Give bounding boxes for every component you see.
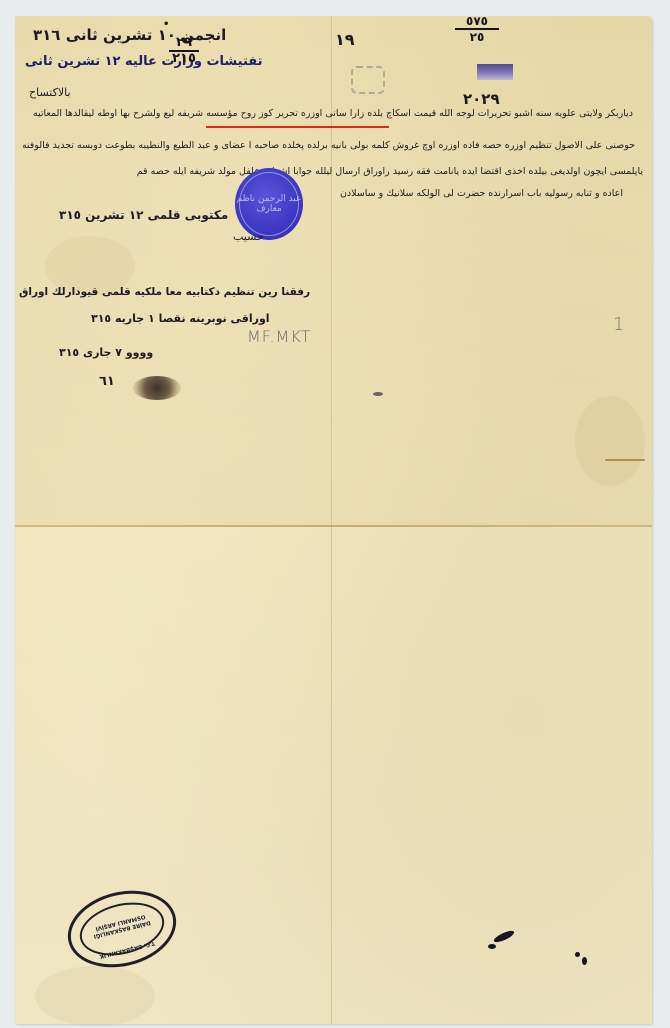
seal-signature: حسیب <box>233 230 264 243</box>
faded-square-mark <box>351 66 385 94</box>
registry-number: ٢٠٢٩ <box>463 90 500 108</box>
body-line-5: اعاده و ثنایه رسولیه باب اسرارنده حضرت ل… <box>23 188 623 199</box>
ink-smudge <box>133 376 181 400</box>
body-line-2: دیاربكر ولایتی علویه سنه اشبو تحریرات لو… <box>33 108 633 119</box>
ink-blot <box>575 952 580 957</box>
red-underline <box>206 126 389 128</box>
lower-note-3: وووو ٧ جاری ٣١٥ <box>59 346 153 359</box>
top-right-numerator: ٥٧٥ <box>455 14 499 30</box>
edge-mark <box>605 459 645 461</box>
margin-note: مكتوبی قلمی ١٢ تشرین ٣١٥ <box>59 208 228 222</box>
lower-note-2: اوراقی نوبرینه نقصا ١ جاریه ٣١٥ <box>91 312 270 325</box>
paper-stain <box>35 966 155 1026</box>
archive-reference-code: MF.MKT <box>247 327 311 346</box>
ink-blot <box>488 944 496 949</box>
body-line-3: حوصنی علی الاصول تنظیم اوزره حصه فاده او… <box>23 140 635 151</box>
header-subnote-top-left: تفتیشات وزارت عالیه ١٢ تشرین ثانی <box>25 54 263 69</box>
file-number-numerator: ٢٩ <box>169 36 199 50</box>
lower-note-4: ٦١ <box>99 374 115 389</box>
purple-ink-stamp <box>477 64 513 80</box>
ink-dot: • <box>163 19 169 30</box>
ink-blot <box>493 929 516 945</box>
paper-stain <box>575 396 645 486</box>
lower-note-1: رفقنا رین تنظیم دكتابیه معا ملكیه قلمی ق… <box>19 286 310 298</box>
sheet-number: ١٩ <box>335 30 355 49</box>
body-line-1: بالاكتساح <box>29 86 71 99</box>
ink-speck <box>373 392 383 396</box>
top-right-fraction: ٥٧٥ ٢٥ <box>455 14 499 44</box>
document-paper: انجمن ١٠ تشرین ثانی ٣١٦ تفتیشات وزارت عا… <box>15 16 652 1024</box>
top-right-denominator: ٢٥ <box>455 30 499 44</box>
ink-blot <box>582 957 587 965</box>
body-line-4: یاپلمسی ایچون اولدیغی بیلده اخذی اقتضا ا… <box>23 166 643 177</box>
archive-stamp: T.C. BAŞBAKANLIK OSMANLI ARŞİVİ DAİRE BA… <box>60 880 185 978</box>
pencil-page-number: 1 <box>613 314 624 335</box>
file-number-denominator: ٢١٥ <box>169 50 199 66</box>
file-number-fraction: ٢٩ ٢١٥ <box>169 36 199 66</box>
horizontal-fold-line <box>15 525 652 527</box>
